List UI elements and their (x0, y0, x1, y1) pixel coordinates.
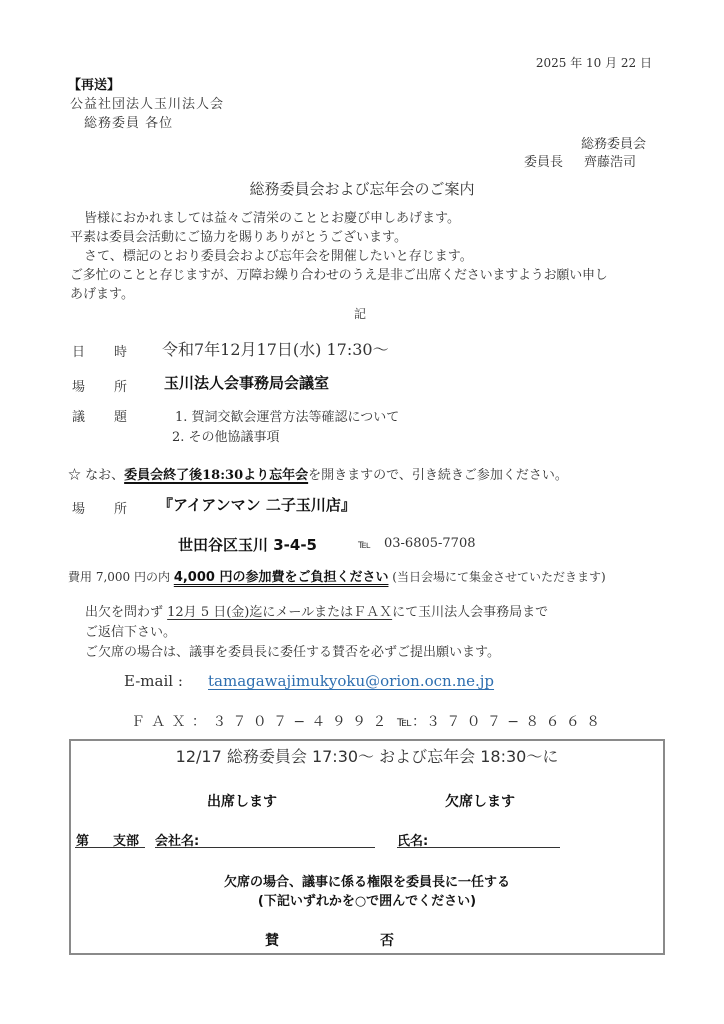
party-note-prefix: ☆ なお、 (68, 468, 124, 483)
venue-label: 場 所 (72, 498, 135, 517)
tel-mark: ℡ (358, 537, 371, 551)
reply-line-2: ご返信下さい。 (85, 621, 176, 640)
office-tel-number: ３７０７−８６６８ (426, 714, 606, 730)
reject-option[interactable]: 否 (380, 930, 394, 950)
reply-suffix: にて玉川法人会事務局まで (392, 605, 548, 620)
form-heading: 12/17 総務委員会 17:30〜 および忘年会 18:30〜に (69, 744, 665, 767)
place-value: 玉川法人会事務局会議室 (164, 372, 329, 393)
email-label: E-mail : (124, 672, 183, 690)
reply-line-1: 出欠を問わず 12月 5 日(金)迄にメールまたはＦＡＸにて玉川法人会事務局まで (85, 601, 548, 620)
name-field[interactable] (397, 847, 560, 848)
reply-line-3: ご欠席の場合は、議事を委員長に委任する賛否を必ずご提出願います。 (85, 641, 500, 660)
body-line-5: あげます。 (70, 283, 134, 302)
fax-line: ＦＡＸ：３７０７−４９９２ (131, 711, 393, 731)
fax-label: ＦＡＸ： (131, 714, 212, 730)
proxy-line-1: 欠席の場合、議事に係る権限を委員長に一任する (69, 871, 665, 890)
ki-mark: 記 (354, 305, 366, 322)
party-note-suffix: を開きますので、引き続きご参加ください。 (308, 468, 568, 483)
body-line-4: ご多忙のことと存じますが、万障お繰り合わせのうえ是非ご出席くださいますようお願い… (70, 264, 608, 283)
fax-number: ３７０７−４９９２ (212, 714, 392, 730)
recipient-org: 公益社団法人玉川法人会 (70, 93, 224, 112)
fee-line: 費用 7,000 円の内 4,000 円の参加費をご負担ください (当日会場にて… (68, 566, 606, 585)
agenda-label: 議 題 (72, 406, 135, 425)
body-line-1: 皆様におかれましては益々ご清栄のこととお慶び申しあげます。 (84, 207, 460, 226)
approve-option[interactable]: 賛 (265, 930, 279, 950)
company-field[interactable] (155, 847, 375, 848)
fee-suffix: (当日会場にて集金させていただきます) (388, 570, 605, 584)
datetime-label: 日 時 (72, 341, 135, 360)
venue-address: 世田谷区玉川 3-4-5 (178, 534, 317, 555)
fee-prefix: 費用 7,000 円の内 (68, 570, 174, 584)
document-title: 総務委員会および忘年会のご案内 (0, 178, 724, 199)
document-date: 2025 年 10 月 22 日 (536, 54, 652, 71)
party-note: ☆ なお、委員会終了後18:30より忘年会を開きますので、引き続きご参加ください… (68, 464, 568, 483)
office-tel-line: ℡：３７０７−８６６８ (397, 711, 606, 731)
body-line-2: 平素は委員会活動にご協力を賜りありがとうございます。 (70, 226, 407, 245)
body-line-3: さて、標記のとおり委員会および忘年会を開催したいと存じます。 (84, 245, 473, 264)
datetime-value: 令和7年12月17日(水) 17:30〜 (162, 337, 389, 360)
email-link[interactable]: tamagawajimukyoku@orion.ocn.ne.jp (208, 672, 494, 690)
absent-option[interactable]: 欠席します (445, 791, 515, 811)
attend-option[interactable]: 出席します (207, 791, 277, 811)
agenda-item-2: 2. その他協議事項 (172, 426, 280, 445)
branch-field[interactable] (75, 847, 145, 848)
sender-name: 齊藤浩司 (584, 151, 636, 170)
sender-committee: 総務委員会 (581, 133, 646, 152)
fee-emphasis: 4,000 円の参加費をご負担ください (174, 570, 389, 585)
proxy-line-2: (下記いずれかを○で囲んでください) (69, 890, 665, 909)
place-label: 場 所 (72, 376, 135, 395)
office-tel-label: ℡： (397, 714, 426, 730)
recipient-title: 総務委員 各位 (84, 112, 173, 131)
resend-tag: 【再送】 (68, 74, 120, 93)
venue-tel: 03-6805-7708 (384, 536, 476, 551)
sender-role: 委員長 (524, 151, 563, 170)
reply-prefix: 出欠を問わず (85, 605, 167, 620)
reply-deadline: 12月 5 日(金)迄にメールまたはＦＡＸ (167, 605, 392, 620)
agenda-item-1: 1. 賀詞交歓会運営方法等確認について (175, 406, 399, 425)
party-note-emphasis: 委員会終了後18:30より忘年会 (124, 468, 308, 483)
venue-name: 『アイアンマン 二子玉川店』 (158, 494, 356, 515)
